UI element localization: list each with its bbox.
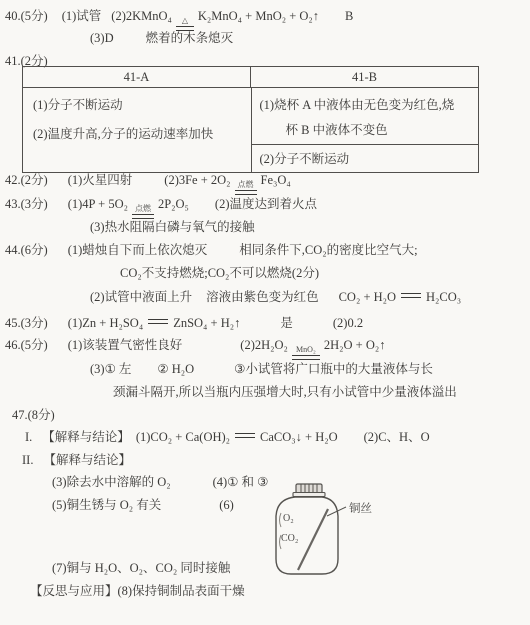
table-41: 41-A 41-B (1)分子不断运动 (2)温度升高,分子的运动速率加快 (1… [22, 66, 479, 173]
answer-44-1-reason-cont: CO₂不支持燃烧;CO₂不可以燃烧(2分) [120, 266, 319, 280]
equation-40-lhs: (2)2KMnO₄ [111, 9, 172, 23]
equals-sign [401, 293, 421, 298]
answer-line-47-56: (5)铜生锈与 O₂ 有关(6) [52, 497, 234, 514]
question-number-45: 45.(3分) [5, 316, 48, 330]
section-numeral-1: I. [25, 430, 32, 444]
answer-43-3: (3)热水阻隔白磷与氧气的接触 [90, 220, 255, 234]
answer-41b-2: (2)分子不断运动 [252, 145, 479, 172]
answer-line-43-2: (3)热水阻隔白磷与氧气的接触 [90, 219, 255, 236]
section-title-reflect: 【反思与应用】 [30, 584, 118, 598]
question-number-47: 47.(8分) [12, 408, 55, 422]
reaction-condition: △ [176, 17, 194, 25]
reagent-bottle-drawing: O₂ CO₂ 铜丝 [256, 483, 406, 579]
equals-sign [292, 355, 320, 360]
equation-45-lhs: (1)Zn + H₂SO₄ [68, 316, 143, 330]
answer-47-3: (3)除去水中溶解的 O₂ [52, 475, 171, 489]
copper-wire [298, 509, 328, 570]
answer-line-44-2: CO₂不支持燃烧;CO₂不可以燃烧(2分) [120, 265, 319, 282]
answer-line-47-sec1: I.【解释与结论】(1)CO₂ + Ca(OH)₂CaCO₃↓ + H₂O(2)… [25, 429, 430, 446]
answer-line-47-8: 【反思与应用】(8)保持铜制品表面干燥 [30, 583, 245, 600]
answer-47-2: (2)C、H、O [364, 430, 430, 444]
answer-line-47-34: (3)除去水中溶解的 O₂(4)① 和 ③ [52, 474, 268, 491]
answer-47-8: (8)保持铜制品表面干燥 [118, 584, 245, 598]
equation-40-rhs: K₂MnO₄ + MnO₂ + O₂↑ [198, 9, 319, 23]
answer-46-1: (1)该装置气密性良好 [68, 338, 183, 352]
answer-43-2: (2)温度达到着火点 [215, 197, 317, 211]
equation-42-lhs: (2)3Fe + 2O₂ [164, 173, 230, 187]
answer-46-3c: ③小试管将广口瓶中的大量液体与长 [234, 362, 433, 376]
reaction-equals-ignite: 点燃 [132, 205, 154, 219]
answer-44-2-obs: 溶液由紫色变为红色 [206, 290, 319, 304]
answer-41a-2: (2)温度升高,分子的运动速率加快 [33, 124, 243, 142]
answer-40-2b: B [345, 9, 353, 23]
reaction-equals-heat: △ [176, 17, 194, 31]
copper-wire-label: 铜丝 [349, 501, 372, 515]
equation-46-lhs: (2)2H₂O₂ [240, 338, 288, 352]
answer-44-1-reason: 相同条件下,CO₂的密度比空气大; [239, 243, 417, 257]
answer-41b-1-line2: 杯 B 中液体不变色 [260, 120, 475, 138]
answer-line-44-1: 44.(6分)(1)蜡烛自下而上依次熄灭相同条件下,CO₂的密度比空气大; [5, 242, 418, 259]
section-title: 【解释与结论】 [43, 453, 131, 467]
table-41-header: 41-A 41-B [23, 67, 478, 88]
answer-line-47-7: (7)铜与 H₂O、O₂、CO₂ 同时接触 [52, 560, 230, 577]
answer-line-43-1: 43.(3分)(1)4P + 5O₂点燃2P₂O₅(2)温度达到着火点 [5, 196, 317, 219]
answer-46-3c-cont: 颈漏斗隔开,所以当瓶内压强增大时,只有小试管中少量液体溢出 [113, 385, 457, 399]
equation-43-lhs: (1)4P + 5O₂ [68, 197, 128, 211]
answer-40-1: (1)试管 [62, 9, 102, 23]
answer-41a-1: (1)分子不断运动 [33, 95, 243, 113]
question-number-46: 46.(5分) [5, 338, 48, 352]
answer-44-2: (2)试管中液面上升 [90, 290, 192, 304]
answer-line-42: 42.(2分)(1)火星四射(2)3Fe + 2O₂点燃Fe₃O₄ [5, 172, 291, 195]
question-number-43: 43.(3分) [5, 197, 48, 211]
reaction-condition: 点燃 [132, 205, 154, 213]
reagent-bottle-figure: O₂ CO₂ 铜丝 [256, 483, 406, 583]
equation-44-lhs: CO₂ + H₂O [339, 290, 396, 304]
table-41-cell-b: (1)烧杯 A 中液体由无色变为红色,烧 杯 B 中液体不变色 (2)分子不断运… [251, 88, 479, 172]
table-41-body: (1)分子不断运动 (2)温度升高,分子的运动速率加快 (1)烧杯 A 中液体由… [23, 88, 478, 172]
equation-43-rhs: 2P₂O₅ [158, 197, 189, 211]
table-41-header-a: 41-A [23, 67, 250, 87]
answer-42-1: (1)火星四射 [68, 173, 133, 187]
reaction-condition: 点燃 [235, 181, 257, 189]
answer-45-1b: 是 [280, 316, 293, 330]
answer-46-3a: (3)① 左 [90, 362, 131, 376]
gas-label-o2: O₂ [283, 513, 294, 524]
answer-46-3b: ② H₂O [157, 362, 194, 376]
equals-sign [235, 433, 255, 438]
answer-41b-1: (1)烧杯 A 中液体由无色变为红色,烧 杯 B 中液体不变色 [252, 88, 479, 145]
table-41-cell-a: (1)分子不断运动 (2)温度升高,分子的运动速率加快 [23, 88, 251, 172]
answer-key-page: 40.(5分)(1)试管(2)2KMnO₄△K₂MnO₄ + MnO₂ + O₂… [0, 0, 530, 625]
equation-47-rhs: CaCO₃↓ + H₂O [260, 430, 338, 444]
answer-45-2: (2)0.2 [333, 316, 363, 330]
reaction-equals-mno2: MnO₂ [292, 346, 320, 360]
answer-47-7: (7)铜与 H₂O、O₂、CO₂ 同时接触 [52, 561, 230, 575]
answer-line-47: 47.(8分) [12, 407, 55, 424]
section-title: 【解释与结论】 [42, 430, 130, 444]
answer-40-3-text: 燃着的木条熄灭 [146, 31, 234, 45]
question-number-40: 40.(5分) [5, 9, 48, 23]
answer-line-46-2: (3)① 左② H₂O③小试管将广口瓶中的大量液体与长 [90, 361, 433, 378]
gas-label-co2: CO₂ [281, 533, 298, 544]
answer-line-40-1: 40.(5分)(1)试管(2)2KMnO₄△K₂MnO₄ + MnO₂ + O₂… [5, 8, 353, 31]
reaction-condition: MnO₂ [292, 346, 320, 354]
bottle-cap-brim [293, 493, 325, 497]
answer-47-5: (5)铜生锈与 O₂ 有关 [52, 498, 161, 512]
table-41-header-b: 41-B [250, 67, 478, 87]
answer-line-44-3: (2)试管中液面上升溶液由紫色变为红色CO₂ + H₂OH₂CO₃ [90, 289, 461, 306]
section-numeral-2: II. [22, 453, 33, 467]
answer-40-3: (3)D [90, 31, 114, 45]
answer-47-6: (6) [219, 498, 234, 512]
equation-42-rhs: Fe₃O₄ [261, 173, 291, 187]
equals-sign [235, 190, 257, 195]
answer-line-40-2: (3)D燃着的木条熄灭 [90, 30, 233, 47]
answer-line-46-1: 46.(5分)(1)该装置气密性良好(2)2H₂O₂MnO₂2H₂O + O₂↑ [5, 337, 386, 360]
question-number-42: 42.(2分) [5, 173, 48, 187]
equals-sign [148, 319, 168, 324]
answer-line-45: 45.(3分)(1)Zn + H₂SO₄ZnSO₄ + H₂↑是(2)0.2 [5, 315, 363, 332]
equation-47-lhs: (1)CO₂ + Ca(OH)₂ [136, 430, 230, 444]
answer-41b-1-line1: (1)烧杯 A 中液体由无色变为红色,烧 [260, 95, 475, 113]
answer-44-1: (1)蜡烛自下而上依次熄灭 [68, 243, 208, 257]
equation-45-rhs: ZnSO₄ + H₂↑ [173, 316, 240, 330]
reaction-equals-ignite: 点燃 [235, 181, 257, 195]
answer-line-46-3: 颈漏斗隔开,所以当瓶内压强增大时,只有小试管中少量液体溢出 [113, 384, 457, 401]
equation-46-rhs: 2H₂O + O₂↑ [324, 338, 386, 352]
answer-line-47-sec2: II.【解释与结论】 [22, 452, 131, 469]
question-number-44: 44.(6分) [5, 243, 48, 257]
equation-44-rhs: H₂CO₃ [426, 290, 461, 304]
